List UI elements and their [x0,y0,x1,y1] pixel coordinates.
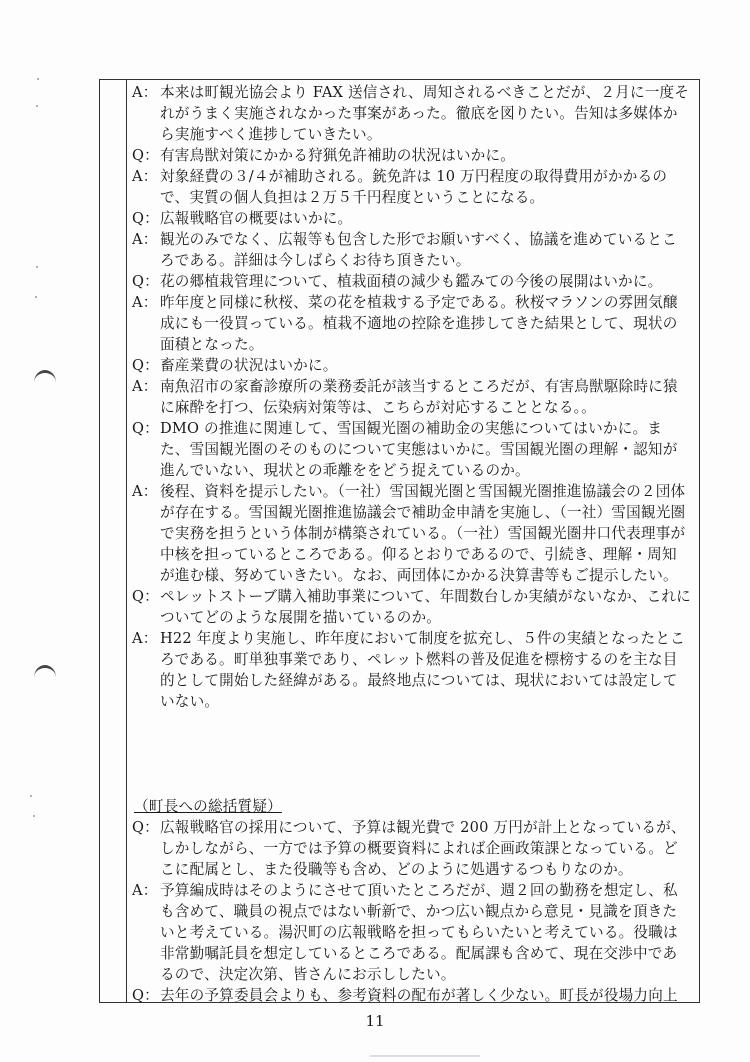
scan-speck [30,795,32,797]
entry-text: 畜産業費の状況はいかに。 [160,355,691,376]
entry-text: ペレットストーブ購入補助事業について、年間数台しか実績がないなか、これについてど… [160,586,691,628]
entry-text: 広報戦略官の採用について、予算は観光費で 200 万円が計上となっているが、しか… [160,817,691,880]
blank-space [132,712,691,796]
speaker-tag: A： [132,880,160,985]
answer-entry: A：本来は町観光協会より FAX 送信され、周知されるべきことだが、２月に一度そ… [132,82,691,145]
answer-entry: A：後程、資料を提示したい。（一社）雪国観光圏と雪国観光圏推進協議会の２団体が存… [132,481,691,586]
qa-content: A：本来は町観光協会より FAX 送信され、周知されるべきことだが、２月に一度そ… [132,82,691,1006]
entry-text: DMO の推進に関連して、雪国観光圏の補助金の実態についてはいかに。また、雪国観… [160,418,691,481]
speaker-tag: Q： [132,355,160,376]
entry-text: 本来は町観光協会より FAX 送信され、周知されるべきことだが、２月に一度それが… [160,82,691,145]
answer-entry: A：観光のみでなく、広報等も包含した形でお願いすべく、協議を進めているところであ… [132,229,691,271]
speaker-tag: A： [132,82,160,145]
table-column-divider [126,80,127,1002]
question-entry: Q：広報戦略官の概要はいかに。 [132,208,691,229]
qa-list-part2: Q：広報戦略官の採用について、予算は観光費で 200 万円が計上となっているが、… [132,817,691,1006]
speaker-tag: Q： [132,586,160,628]
speaker-tag: A： [132,166,160,208]
entry-text: 後程、資料を提示したい。（一社）雪国観光圏と雪国観光圏推進協議会の２団体が存在す… [160,481,691,586]
punch-hole-mark [34,370,56,395]
answer-entry: A： 対象経費の３/４が補助される。銃免許は 10 万円程度の取得費用がかかるの… [132,166,691,208]
question-entry: Q：ペレットストーブ購入補助事業について、年間数台しか実績がないなか、これについ… [132,586,691,628]
entry-text: 有害鳥獣対策にかかる狩猟免許補助の状況はいかに。 [160,145,691,166]
section-heading: （町長への総括質疑） [134,796,691,817]
entry-text: 観光のみでなく、広報等も包含した形でお願いすべく、協議を進めているところである。… [160,229,691,271]
scan-speck [33,815,35,817]
scan-speck [36,266,38,268]
speaker-tag: Q： [132,418,160,481]
entry-text: 去年の予算委員会よりも、参考資料の配布が著しく少ない。町長が役場力向上 [160,985,691,1006]
scan-speck [35,296,37,298]
question-entry: Q：広報戦略官の採用について、予算は観光費で 200 万円が計上となっているが、… [132,817,691,880]
speaker-tag: A： [132,481,160,586]
question-entry: Q：DMO の推進に関連して、雪国観光圏の補助金の実態についてはいかに。また、雪… [132,418,691,481]
answer-entry: A：予算編成時はそのようにさせて頂いたところだが、週２回の勤務を想定し、私も含め… [132,880,691,985]
scan-speck [36,105,38,107]
speaker-tag: Q： [132,271,160,292]
speaker-tag: Q： [132,145,160,166]
punch-hole-mark [34,665,56,690]
question-entry: Q：花の郷植栽管理について、植栽面積の減少も鑑みての今後の展開はいかに。 [132,271,691,292]
entry-text: H22 年度より実施し、昨年度において制度を拡充し、５件の実績となったところであ… [160,628,691,712]
entry-text: 広報戦略官の概要はいかに。 [160,208,691,229]
speaker-tag: A： [132,292,160,355]
question-entry: Q：畜産業費の状況はいかに。 [132,355,691,376]
speaker-tag: A： [132,628,160,712]
answer-entry: A：南魚沼市の家畜診療所の業務委託が該当するところだが、有害鳥獣駆除時に猿に麻酔… [132,376,691,418]
answer-entry: A：昨年度と同様に秋桜、菜の花を植栽する予定である。秋桜マラソンの雰囲気醸成にも… [132,292,691,355]
question-entry: Q：去年の予算委員会よりも、参考資料の配布が著しく少ない。町長が役場力向上 [132,985,691,1006]
qa-list-part1: A：本来は町観光協会より FAX 送信され、周知されるべきことだが、２月に一度そ… [132,82,691,712]
question-entry: Q：有害鳥獣対策にかかる狩猟免許補助の状況はいかに。 [132,145,691,166]
scan-edge-mark [370,1055,480,1057]
speaker-tag: Q： [132,985,160,1006]
entry-text: 南魚沼市の家畜診療所の業務委託が該当するところだが、有害鳥獣駆除時に猿に麻酔を打… [160,376,691,418]
entry-text: 予算編成時はそのようにさせて頂いたところだが、週２回の勤務を想定し、私も含めて、… [160,880,691,985]
speaker-tag: A： [132,229,160,271]
page-number: 11 [0,1012,750,1030]
entry-text: 対象経費の３/４が補助される。銃免許は 10 万円程度の取得費用がかかるので、実… [160,166,691,208]
scan-speck [37,78,39,80]
entry-text: 昨年度と同様に秋桜、菜の花を植栽する予定である。秋桜マラソンの雰囲気醸成にも一役… [160,292,691,355]
answer-entry: A：H22 年度より実施し、昨年度において制度を拡充し、５件の実績となったところ… [132,628,691,712]
entry-text: 花の郷植栽管理について、植栽面積の減少も鑑みての今後の展開はいかに。 [160,271,691,292]
speaker-tag: Q： [132,817,160,880]
speaker-tag: A： [132,376,160,418]
speaker-tag: Q： [132,208,160,229]
minutes-table: A：本来は町観光協会より FAX 送信され、周知されるべきことだが、２月に一度そ… [99,79,700,1003]
